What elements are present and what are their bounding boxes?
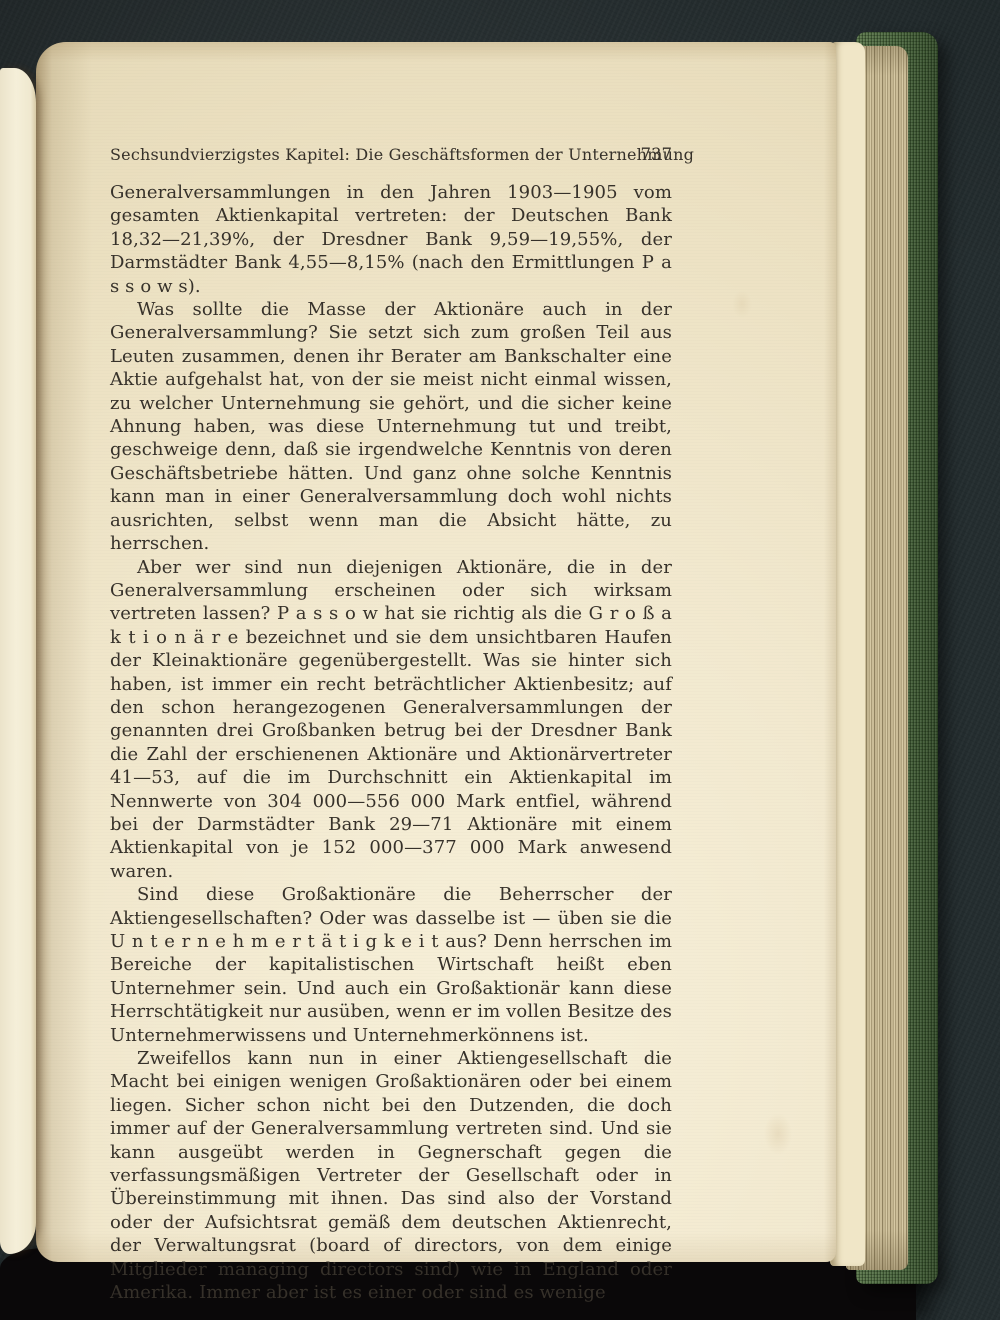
running-header: Sechsundvierzigstes Kapitel: Die Geschäf… bbox=[110, 144, 672, 166]
paragraph: Was sollte die Masse der Aktionäre auch … bbox=[110, 298, 672, 555]
running-title: Sechsundvierzigstes Kapitel: Die Geschäf… bbox=[110, 144, 672, 166]
paragraph: Zweifellos kann nun in einer Aktiengesel… bbox=[110, 1047, 672, 1304]
page-body: Generalversammlungen in den Jahren 1903—… bbox=[110, 181, 672, 1305]
paragraph: Sind diese Großaktionäre die Beherrscher… bbox=[110, 883, 672, 1047]
book-page: Sechsundvierzigstes Kapitel: Die Geschäf… bbox=[36, 42, 836, 1262]
page-number: 737 bbox=[641, 144, 673, 166]
paragraph: Generalversammlungen in den Jahren 1903—… bbox=[110, 181, 672, 298]
paragraph: Aber wer sind nun diejenigen Aktionäre, … bbox=[110, 556, 672, 884]
facing-page-edge bbox=[0, 68, 36, 1254]
